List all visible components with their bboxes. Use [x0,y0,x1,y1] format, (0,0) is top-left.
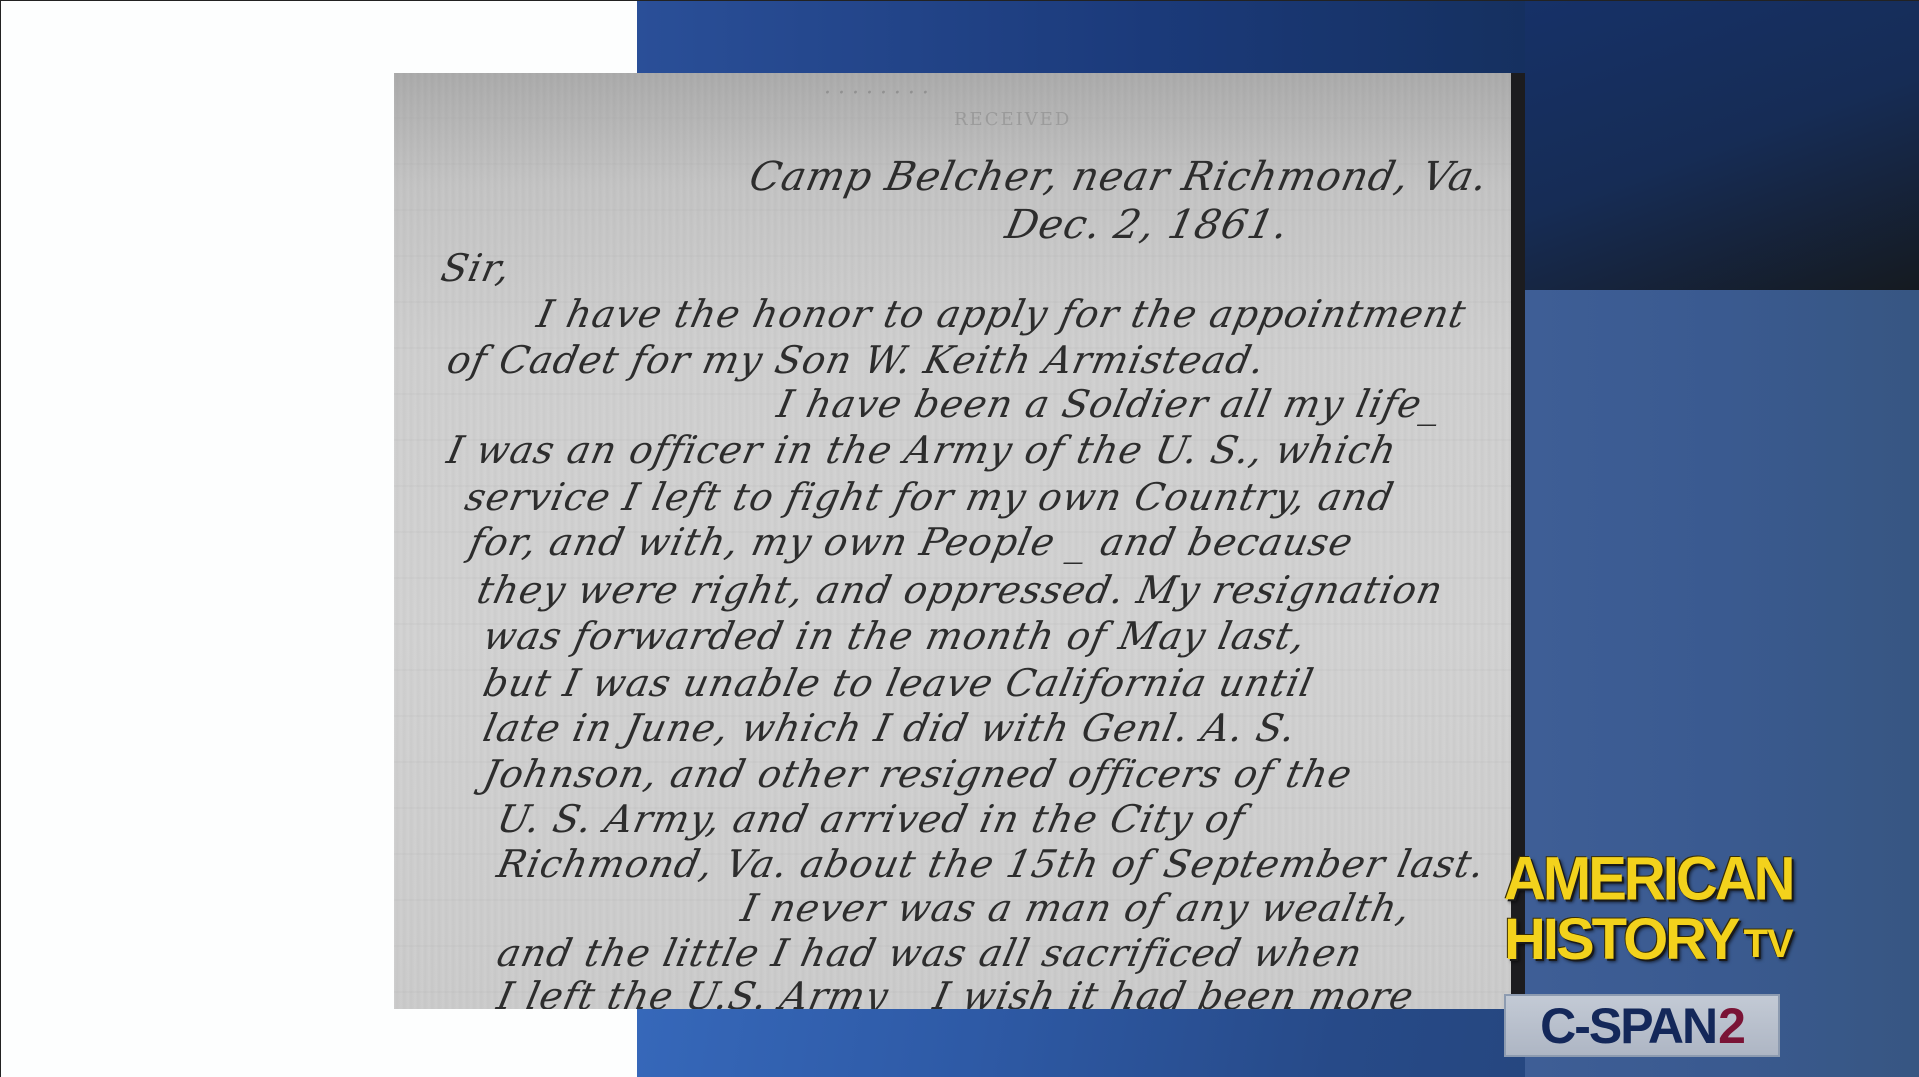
letter-heading-place: Camp Belcher, near Richmond, Va. [746,157,1492,197]
letter-line: late in June, which I did with Genl. A. … [480,709,1300,747]
faded-stamp-received: RECEIVED [954,109,1071,130]
faded-stamp-top: · · · · · · · · [824,81,1224,111]
cspan-brand-text: C-SPAN [1540,1001,1716,1051]
letter-line: I was an officer in the Army of the U. S… [444,431,1400,469]
video-frame: · · · · · · · · RECEIVED Camp Belcher, n… [0,0,1919,1077]
logo-american-text: AMERICAN [1504,849,1804,910]
logo-tv-text: TV [1744,922,1793,966]
letter-heading-date: Dec. 2, 1861. [1002,205,1292,245]
letter-line: and the little I had was all sacrificed … [494,934,1366,972]
letter-line: was forwarded in the month of May last, [480,617,1310,655]
logo-history-text: HISTORY [1504,907,1738,972]
letter-line: I never was a man of any wealth, [738,889,1414,927]
letter-line: but I was unable to leave California unt… [480,664,1317,702]
letter-line: I have the honor to apply for the appoin… [534,295,1470,333]
letter-line: I have been a Soldier all my life_ [774,385,1446,423]
letter-line: Richmond, Va. about the 15th of Septembe… [494,845,1489,883]
letter-line: for, and with, my own People _ and becau… [466,523,1357,561]
logo-history-line: HISTORYTV [1504,911,1804,969]
cspan2-logo: C-SPAN2 [1504,994,1780,1057]
letter-line: I left the U.S. Army _ I wish it had bee… [494,977,1418,1009]
right-dark-panel [1525,1,1919,290]
cspan-channel-number: 2 [1718,1001,1744,1051]
letter-line: they were right, and oppressed. My resig… [474,571,1447,609]
american-history-tv-logo: AMERICAN HISTORYTV [1504,849,1804,969]
letter-line: of Cadet for my Son W. Keith Armistead. [444,341,1269,379]
letter-line: service I left to fight for my own Count… [462,478,1398,516]
letter-line: Johnson, and other resigned officers of … [480,755,1356,793]
letter-line: U. S. Army, and arrived in the City of [494,800,1249,838]
letter-salutation: Sir, [438,249,514,287]
historical-letter-document: · · · · · · · · RECEIVED Camp Belcher, n… [394,73,1511,1009]
